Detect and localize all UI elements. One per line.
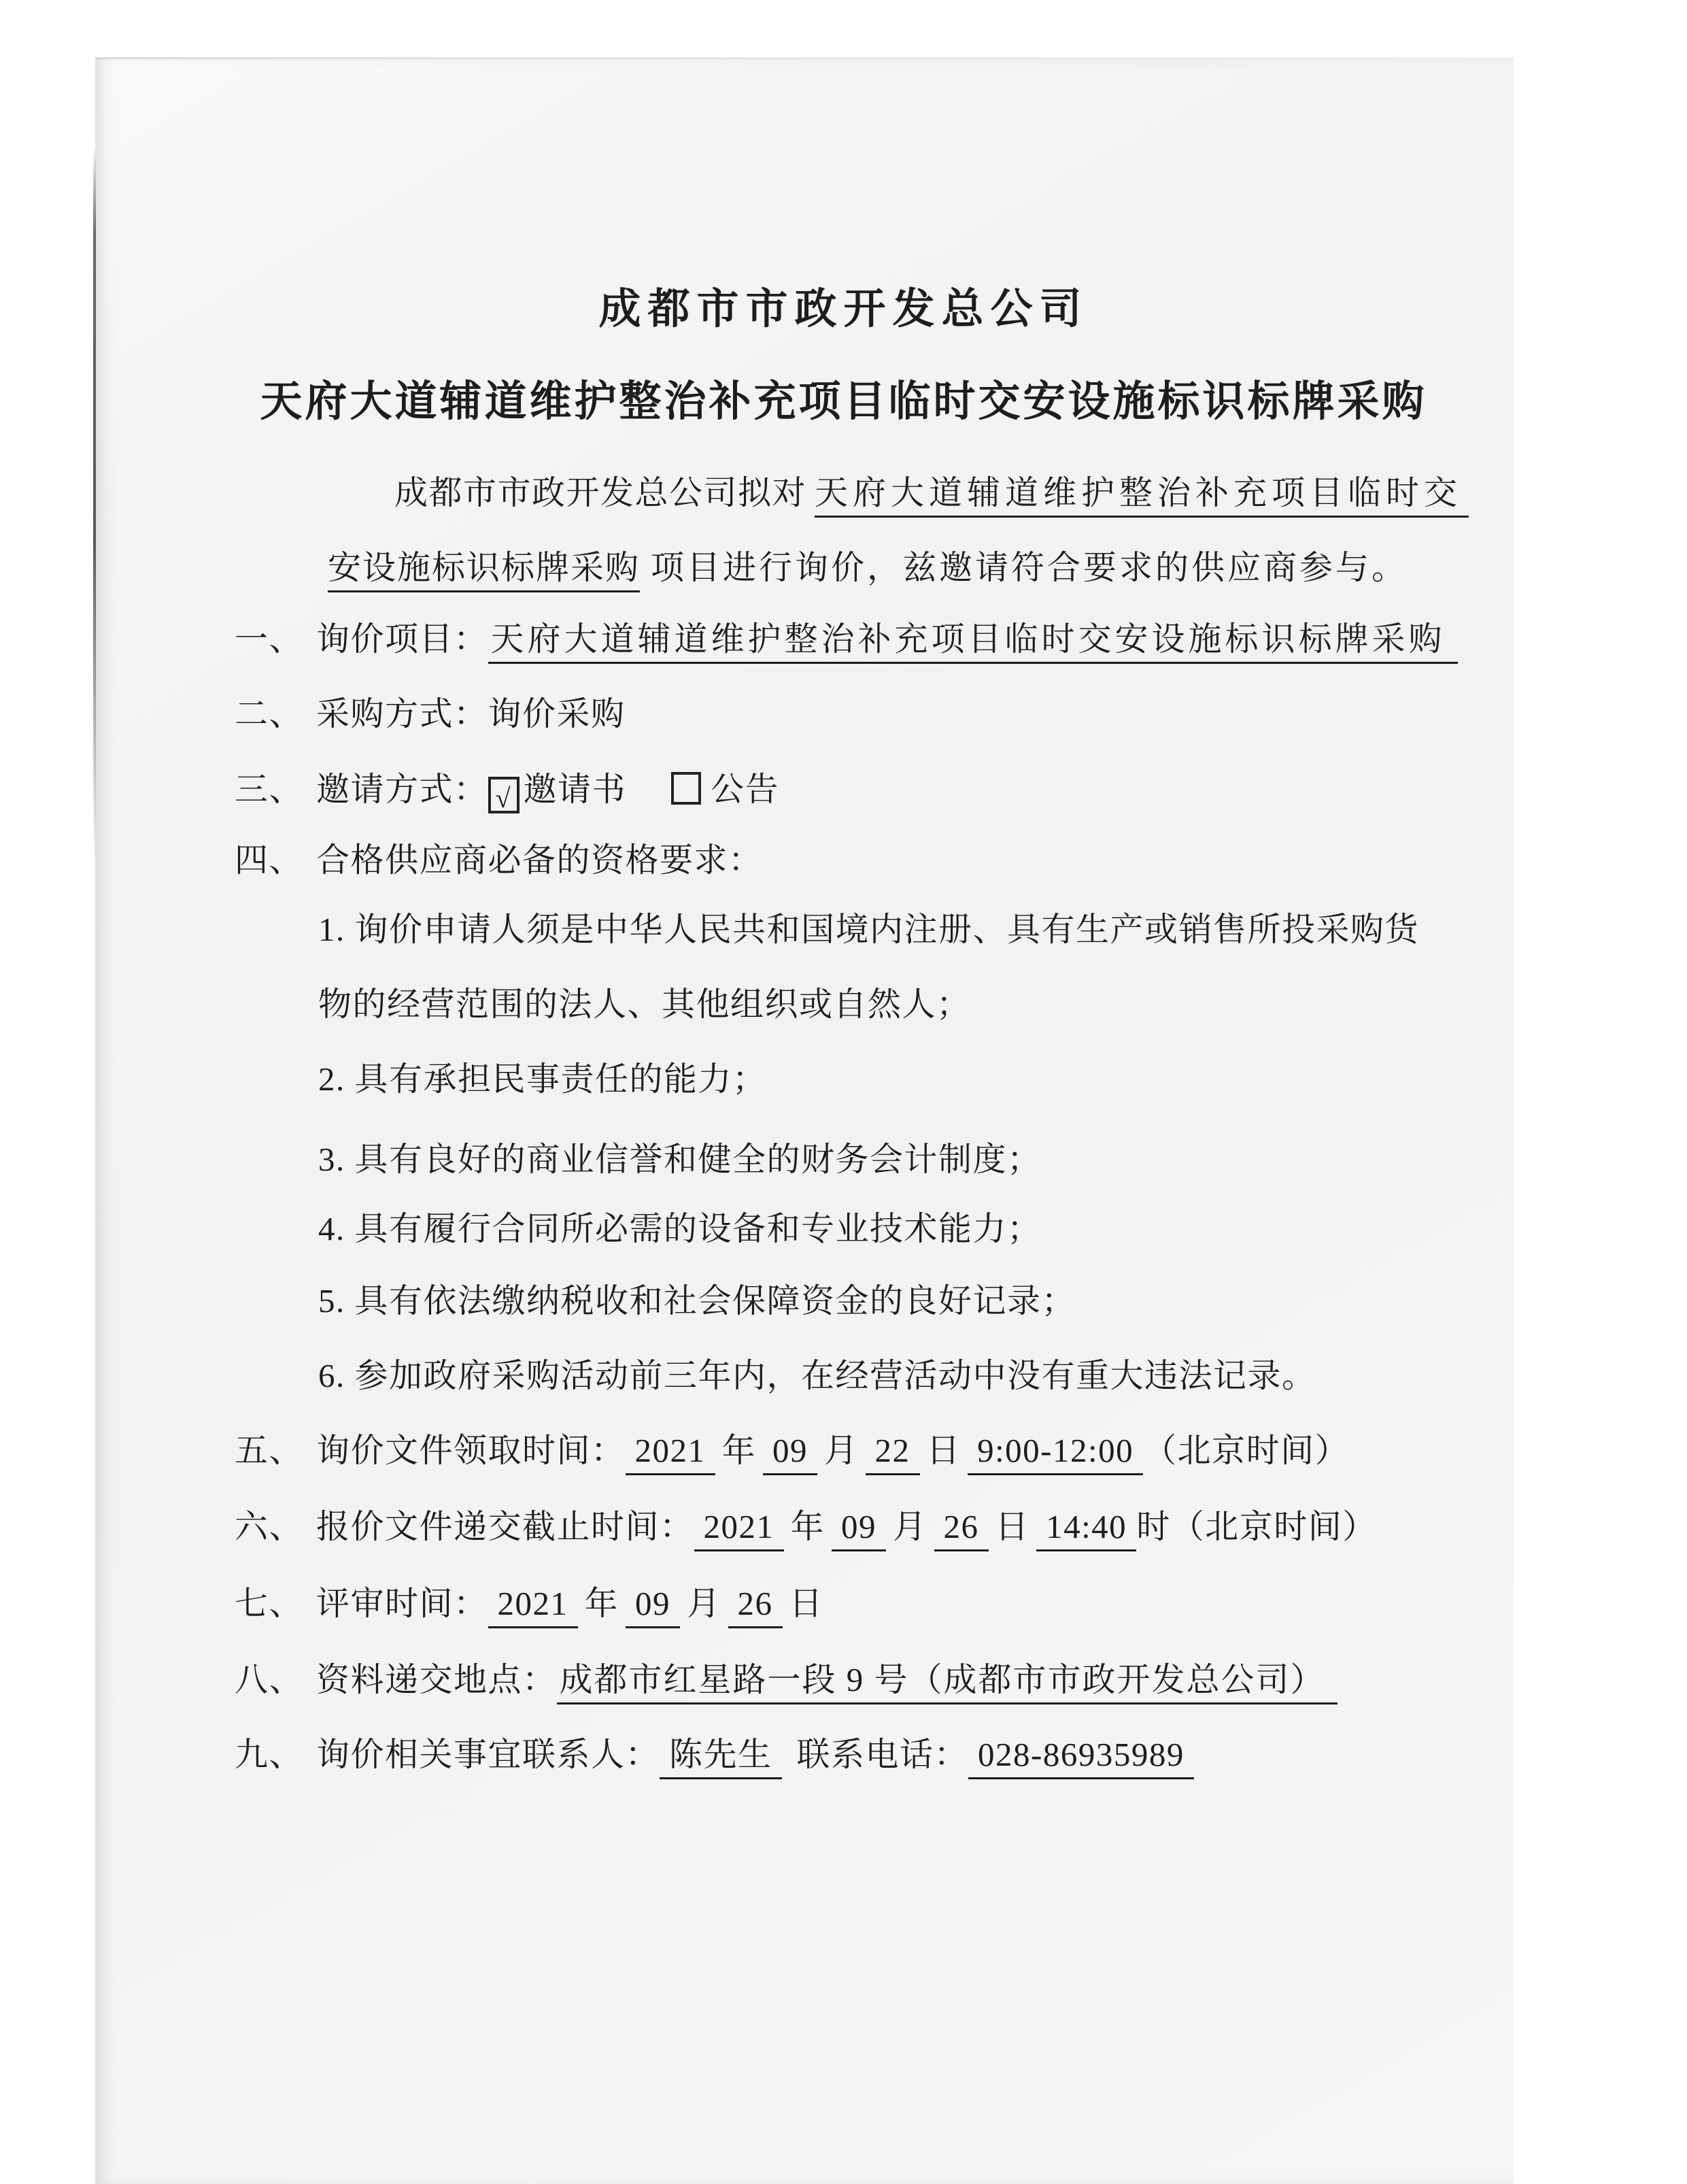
item-contact: 九、询价相关事宜联系人：陈先生联系电话：028-86935989 xyxy=(235,1738,1194,1771)
item-label: 合格供应商必备的资格要求： xyxy=(316,841,763,879)
contact-person: 陈先生 xyxy=(660,1736,782,1779)
pickup-day: 22 xyxy=(866,1432,920,1475)
review-month: 09 xyxy=(626,1585,680,1628)
deadline-year: 2021 xyxy=(694,1508,784,1551)
deadline-day: 26 xyxy=(934,1508,989,1551)
timezone-note: （北京时间） xyxy=(1143,1432,1349,1469)
item-label: 资料递交地点： xyxy=(316,1661,557,1698)
intro-line-1: 成都市市政开发总公司拟对天府大道辅道维护整治补充项目临时交 xyxy=(394,476,1469,509)
qualification-line-5: 5. 具有依法缴纳税收和社会保障资金的良好记录； xyxy=(318,1284,1076,1317)
item-number: 九、 xyxy=(235,1738,316,1771)
check-mark-icon: √ xyxy=(496,782,511,815)
item-label: 询价文件领取时间： xyxy=(316,1432,626,1469)
item-submission-place: 八、资料递交地点：成都市红星路一段 9 号（成都市市政开发总公司） xyxy=(235,1663,1337,1696)
paper-sheet xyxy=(95,58,1514,2184)
review-year: 2021 xyxy=(488,1585,578,1628)
intro-line-2-underlined: 安设施标识标牌采购 xyxy=(328,549,640,592)
item-procurement-method: 二、采购方式：询价采购 xyxy=(235,697,626,730)
item-label: 采购方式： xyxy=(316,695,488,733)
item-qualification: 四、合格供应商必备的资格要求： xyxy=(235,843,763,877)
month-unit: 月 xyxy=(824,1432,859,1469)
submission-place-value: 成都市红星路一段 9 号（成都市市政开发总公司） xyxy=(557,1661,1337,1704)
contact-phone: 028-86935989 xyxy=(968,1736,1194,1779)
qualification-line-1-cont: 物的经营范围的法人、其他组织或自然人； xyxy=(318,988,971,1021)
intro-line-2: 安设施标识标牌采购项目进行询价，兹邀请符合要求的供应商参与。 xyxy=(328,551,1408,584)
day-unit: 日 xyxy=(995,1508,1030,1545)
scanned-document-page: 成都市市政开发总公司 天府大道辅道维护整治补充项目临时交安设施标识标牌采购 成都… xyxy=(0,0,1687,2184)
intro-line-2-suffix: 项目进行询价，兹邀请符合要求的供应商参与。 xyxy=(651,549,1408,586)
item-label: 询价相关事宜联系人： xyxy=(316,1736,660,1773)
item-review-time: 七、评审时间：2021年09月26日 xyxy=(235,1587,830,1620)
item-label: 邀请方式： xyxy=(316,771,488,808)
qualification-line-6: 6. 参加政府采购活动前三年内，在经营活动中没有重大违法记录。 xyxy=(318,1359,1316,1392)
year-unit: 年 xyxy=(722,1432,757,1469)
item-number: 六、 xyxy=(235,1510,316,1543)
qualification-line-4: 4. 具有履行合同所必需的设备和专业技术能力； xyxy=(318,1212,1042,1245)
item-number: 五、 xyxy=(235,1434,316,1467)
pickup-time-range: 9:00-12:00 xyxy=(968,1432,1143,1475)
item-doc-pickup-time: 五、询价文件领取时间：2021年09月22日9:00-12:00（北京时间） xyxy=(235,1434,1349,1467)
month-unit: 月 xyxy=(893,1508,927,1545)
doc-title: 天府大道辅道维护整治补充项目临时交安设施标识标牌采购 xyxy=(260,381,1427,423)
item-label: 评审时间： xyxy=(316,1585,488,1622)
item-submission-deadline: 六、报价文件递交截止时间：2021年09月26日14:40时（北京时间） xyxy=(235,1510,1377,1543)
qualification-line-1: 1. 询价申请人须是中华人民共和国境内注册、具有生产或销售所投采购货 xyxy=(318,913,1419,946)
qualification-line-2: 2. 具有承担民事责任的能力； xyxy=(318,1062,767,1096)
item-number: 三、 xyxy=(235,773,316,806)
item-number: 二、 xyxy=(235,697,316,730)
checkbox-checked-icon: √ xyxy=(488,777,519,813)
day-unit: 日 xyxy=(927,1432,961,1469)
year-unit: 年 xyxy=(585,1585,619,1622)
item-number: 一、 xyxy=(235,622,316,656)
qualification-line-3: 3. 具有良好的商业信誉和健全的财务会计制度； xyxy=(318,1143,1042,1176)
intro-line-1-prefix: 成都市市政开发总公司拟对 xyxy=(394,474,806,511)
procurement-method-value: 询价采购 xyxy=(488,695,626,733)
item-number: 七、 xyxy=(235,1587,316,1620)
item-number: 四、 xyxy=(235,843,316,877)
month-unit: 月 xyxy=(687,1585,721,1622)
year-unit: 年 xyxy=(791,1508,825,1545)
pickup-year: 2021 xyxy=(626,1432,715,1475)
item-label: 询价项目： xyxy=(316,620,488,658)
inquiry-project-value: 天府大道辅道维护整治补充项目临时交安设施标识标牌采购 xyxy=(488,620,1458,664)
invitation-option-2: 公告 xyxy=(711,771,779,808)
day-unit: 日 xyxy=(789,1585,824,1622)
item-number: 八、 xyxy=(235,1663,316,1696)
pickup-month: 09 xyxy=(763,1432,817,1475)
intro-line-1-underlined: 天府大道辅道维护整治补充项目临时交 xyxy=(815,474,1469,518)
org-title: 成都市市政开发总公司 xyxy=(598,288,1088,331)
phone-label: 联系电话： xyxy=(797,1736,969,1773)
deadline-suffix: 时（北京时间） xyxy=(1136,1508,1377,1545)
item-invitation-method: 三、邀请方式：√邀请书公告 xyxy=(235,772,779,813)
deadline-time: 14:40 xyxy=(1036,1508,1136,1551)
item-inquiry-project: 一、询价项目：天府大道辅道维护整治补充项目临时交安设施标识标牌采购 xyxy=(235,622,1458,656)
item-label: 报价文件递交截止时间： xyxy=(316,1508,694,1545)
review-day: 26 xyxy=(728,1585,783,1628)
invitation-option-1: 邀请书 xyxy=(524,771,627,808)
checkbox-unchecked-icon xyxy=(671,772,701,805)
deadline-month: 09 xyxy=(832,1508,886,1551)
